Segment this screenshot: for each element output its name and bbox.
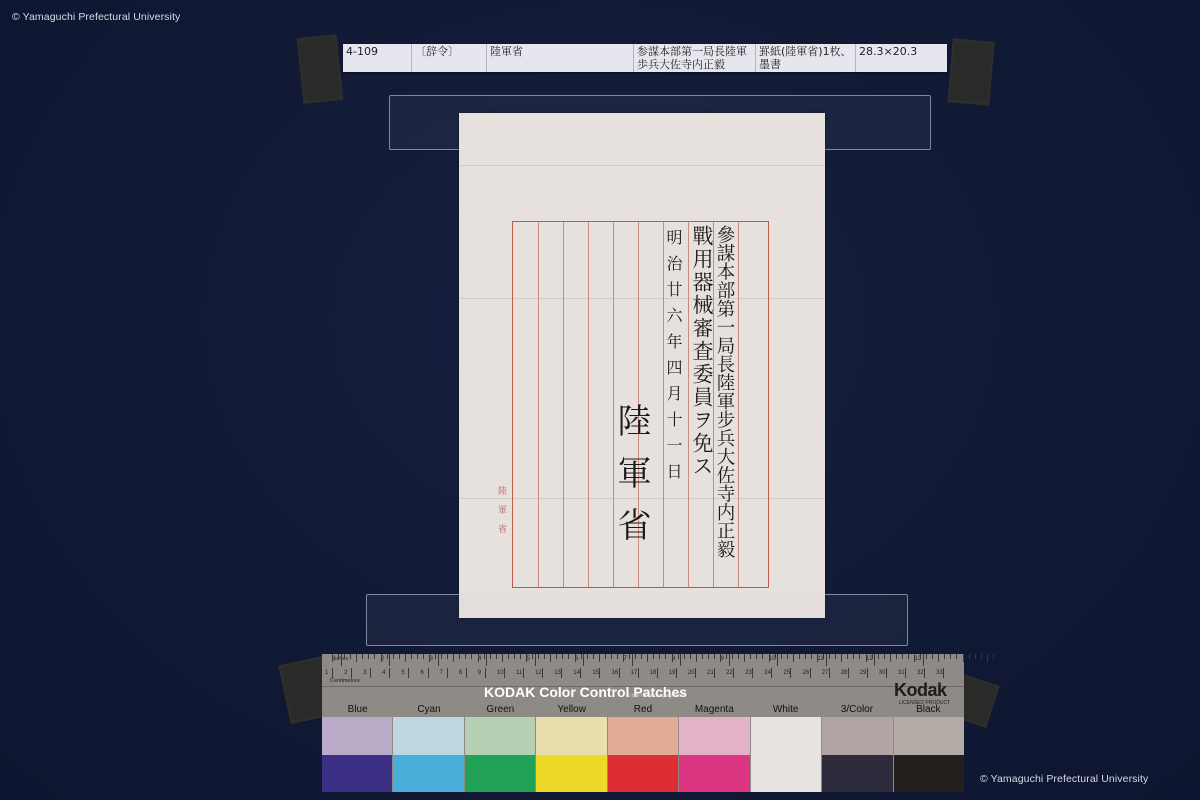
- ruler-tick: [810, 668, 811, 678]
- ruler-tick: [905, 668, 906, 678]
- ruler-tick: [520, 654, 521, 659]
- ruler-tick: [538, 654, 539, 659]
- ruler-inch-number: 9: [721, 656, 724, 662]
- ruler-tick: [429, 654, 430, 662]
- ruler-inch-number: 1: [333, 656, 336, 662]
- ruler-tick: [684, 654, 685, 659]
- ruler-tick: [581, 654, 582, 659]
- ruler-tick: [338, 654, 339, 659]
- ruler-tick: [562, 654, 563, 659]
- ruler-tick: [665, 654, 666, 659]
- ruler-tick: [356, 654, 357, 662]
- ruler-tick: [790, 668, 791, 678]
- ruler-tick: [720, 654, 721, 662]
- ruler-cm-number: 24: [764, 670, 771, 676]
- ruler-tick: [676, 668, 677, 678]
- ruler-tick: [878, 654, 879, 659]
- patch-magenta: [679, 717, 750, 792]
- ruler-tick: [411, 654, 412, 659]
- ruler-cm-number: 17: [631, 670, 638, 676]
- ruler-inch-number: 8: [672, 656, 675, 662]
- ruler-tick: [969, 654, 970, 659]
- ruler-inch-number: 5: [527, 656, 530, 662]
- patch-label-magenta: Magenta: [679, 704, 750, 716]
- ruler-cm-number: 29: [860, 670, 867, 676]
- ruler-tick: [657, 668, 658, 678]
- ruler-tick: [393, 654, 394, 659]
- ruler-tick: [484, 654, 485, 659]
- ruler-tick: [702, 654, 703, 659]
- tape-top-right: [947, 38, 994, 105]
- ruler-tick: [370, 668, 371, 678]
- ruler-tick: [453, 654, 454, 662]
- ruler-tick: [695, 668, 696, 678]
- ruler-tick: [496, 654, 497, 659]
- ruler-tick: [508, 654, 509, 659]
- ruler-tick: [550, 654, 551, 662]
- ruler-tick: [829, 668, 830, 678]
- ruler-tick: [963, 654, 964, 662]
- ruler-tick: [817, 654, 818, 662]
- ruler-tick: [635, 654, 636, 659]
- ruler-tick: [504, 668, 505, 678]
- ruler-tick: [332, 654, 333, 662]
- kodak-color-chart: Inches Centimetres 123456789101112131234…: [322, 654, 964, 792]
- ruler-tick: [647, 654, 648, 662]
- ruler-inch-number: 2: [381, 656, 384, 662]
- ruler-cm-number: 15: [592, 670, 599, 676]
- ruler-tick: [920, 654, 921, 659]
- ruler-tick: [583, 654, 584, 666]
- patch-label-yellow: Yellow: [536, 704, 607, 716]
- ruler-tick: [417, 654, 418, 659]
- ruler-tick: [902, 654, 903, 659]
- ruler-tick: [435, 654, 436, 659]
- ruler-tick: [886, 668, 887, 678]
- ruler-tick: [938, 654, 939, 662]
- ruler-tick: [629, 654, 630, 659]
- ruler-cm-number: 22: [726, 670, 733, 676]
- ruler-tick: [708, 654, 709, 659]
- rule-line: [738, 222, 739, 587]
- ruler-tick: [926, 654, 927, 659]
- ruler-tick: [617, 654, 618, 659]
- ruler-tick: [471, 654, 472, 659]
- ruler-tick: [580, 668, 581, 678]
- ruler-tick: [987, 654, 988, 662]
- ruler-tick: [374, 654, 375, 659]
- ruler-tick: [535, 654, 536, 666]
- ruler-tick: [544, 654, 545, 659]
- ruler-tick: [459, 654, 460, 659]
- ruler-tick: [769, 654, 770, 662]
- ruler-tick: [738, 654, 739, 659]
- catalog-cell: 4-109: [343, 44, 412, 72]
- ruler-tick: [405, 654, 406, 662]
- ruler-tick: [799, 654, 800, 659]
- ruler-tick: [771, 668, 772, 678]
- ruler-tick: [399, 654, 400, 659]
- patch-white: [751, 717, 822, 792]
- ruler-tick: [542, 668, 543, 678]
- ruler-cm-number: 7: [440, 670, 443, 676]
- color-patches: [322, 717, 964, 792]
- ruler-tick: [853, 654, 854, 659]
- ruler-cm-number: 3: [363, 670, 366, 676]
- patch-black: [894, 717, 964, 792]
- ruler-tick: [575, 654, 576, 662]
- ruler-tick: [866, 654, 867, 662]
- ruler-tick: [793, 654, 794, 662]
- ruler-tick: [733, 668, 734, 678]
- ruler-tick: [823, 654, 824, 659]
- patch-3color: [822, 717, 893, 792]
- ruler-tick: [943, 668, 944, 678]
- ruler-tick: [829, 654, 830, 659]
- ruler-tick: [944, 654, 945, 659]
- ruler-tick: [859, 654, 860, 659]
- patch-cyan: [393, 717, 464, 792]
- ruler-tick: [847, 654, 848, 659]
- patch-blue: [322, 717, 393, 792]
- ruler-cm-number: 9: [478, 670, 481, 676]
- ruler-cm-number: 21: [707, 670, 714, 676]
- patch-label-red: Red: [607, 704, 678, 716]
- fold-line: [459, 165, 825, 166]
- ruler-tick: [914, 654, 915, 662]
- ruler-tick: [653, 654, 654, 659]
- ruler-tick: [956, 654, 957, 659]
- ruler-tick: [924, 668, 925, 678]
- ruler-tick: [532, 654, 533, 659]
- ruler-cm-number: 13: [554, 670, 561, 676]
- ruler-tick: [826, 654, 827, 666]
- ruler-tick: [486, 654, 487, 666]
- ruler-tick: [593, 654, 594, 659]
- ruler-tick: [561, 668, 562, 678]
- ruler-tick: [441, 654, 442, 659]
- ruler-tick: [835, 654, 836, 659]
- ruler-tick: [514, 654, 515, 659]
- ruler-cm-number: 19: [669, 670, 676, 676]
- document-date: 明治廿六年四月十一日: [662, 229, 685, 489]
- ruler-cm-number: 14: [573, 670, 580, 676]
- ruler-inch-number: 7: [624, 656, 627, 662]
- ruler-tick: [744, 654, 745, 662]
- ruler-cm-label: Centimetres: [330, 678, 360, 684]
- ruler-cm-number: 4: [382, 670, 385, 676]
- ruler-tick: [732, 654, 733, 659]
- ruler-tick: [848, 668, 849, 678]
- ruler-tick: [632, 654, 633, 666]
- ruler-tick: [841, 654, 842, 662]
- tape-top-left: [297, 34, 344, 104]
- ruler-tick: [485, 668, 486, 678]
- ruler-cm-number: 11: [516, 670, 522, 676]
- ruler-tick: [777, 654, 778, 666]
- rule-line: [563, 222, 564, 587]
- ruler-tick: [896, 654, 897, 659]
- ruler-cm-number: 25: [783, 670, 790, 676]
- ruler-cm-number: 18: [650, 670, 657, 676]
- ruler-tick: [923, 654, 924, 666]
- ruler-tick: [490, 654, 491, 659]
- ruler-tick: [447, 668, 448, 678]
- catalog-cell: 罫紙(陸軍省)1枚、 墨書: [756, 44, 856, 72]
- patch-labels: Blue Cyan Green Yellow Red Magenta White…: [322, 704, 964, 716]
- ruler-tick: [465, 654, 466, 659]
- ruler-tick: [381, 654, 382, 662]
- ruler-tick: [341, 654, 342, 666]
- ruler-tick: [438, 654, 439, 666]
- ruler-tick: [611, 654, 612, 659]
- ruler-cm-number: 8: [459, 670, 462, 676]
- ruler-tick: [729, 654, 730, 666]
- patch-red: [608, 717, 679, 792]
- ruler-tick: [867, 668, 868, 678]
- ruler-tick: [908, 654, 909, 659]
- document-line-2: 戰用器械審査委員ヲ免ス: [687, 225, 717, 478]
- ruler-cm-number: 1: [325, 670, 328, 676]
- ruler-tick: [526, 654, 527, 662]
- copyright-top-left: © Yamaguchi Prefectural University: [12, 11, 180, 23]
- ruler-tick: [884, 654, 885, 659]
- ruler-tick: [872, 654, 873, 659]
- ruler-tick: [428, 668, 429, 678]
- ruler-tick: [641, 654, 642, 659]
- ruler-tick: [932, 654, 933, 659]
- ruler-cm-number: 16: [612, 670, 619, 676]
- ruler-tick: [362, 654, 363, 659]
- ruler-tick: [811, 654, 812, 659]
- ruler-tick: [659, 654, 660, 659]
- kodak-logo: Kodak: [894, 680, 947, 701]
- catalog-label: 4-109〔辞令〕陸軍省参謀本部第一局長陸軍 歩兵大佐寺内正毅罫紙(陸軍省)1枚…: [343, 44, 947, 72]
- ruler-tick: [423, 654, 424, 659]
- patch-label-white: White: [750, 704, 821, 716]
- ruler-tick: [756, 654, 757, 659]
- ruler-cm-number: 28: [841, 670, 848, 676]
- patch-label-green: Green: [465, 704, 536, 716]
- patch-label-black: Black: [893, 704, 964, 716]
- ruler-tick: [556, 654, 557, 659]
- publisher-stamp: 陸軍省: [495, 486, 508, 543]
- ruler-tick: [726, 654, 727, 659]
- ruler-tick: [781, 654, 782, 659]
- ruler-tick: [447, 654, 448, 659]
- patch-yellow: [536, 717, 607, 792]
- ruler-tick: [680, 654, 681, 666]
- patch-label-cyan: Cyan: [393, 704, 464, 716]
- kodak-copyright: © The Tiffen Company, 2000: [627, 693, 684, 698]
- ruler-tick: [890, 654, 891, 662]
- catalog-cell: 28.3×20.3: [856, 44, 932, 72]
- ruler-tick: [696, 654, 697, 662]
- ruler-tick: [638, 668, 639, 678]
- ruler-tick: [523, 668, 524, 678]
- ruler-tick: [387, 654, 388, 659]
- ruler-tick: [605, 654, 606, 659]
- ruler-tick: [623, 654, 624, 662]
- ruler-cm-number: 27: [822, 670, 829, 676]
- catalog-cell: 参謀本部第一局長陸軍 歩兵大佐寺内正毅: [634, 44, 756, 72]
- ruler-cm-number: 6: [421, 670, 424, 676]
- ruler-cm-number: 33: [936, 670, 943, 676]
- ruler-cm-number: 31: [898, 670, 905, 676]
- ruler-tick: [975, 654, 976, 659]
- ruler-tick: [950, 654, 951, 659]
- ruler-cm-number: 5: [401, 670, 404, 676]
- ruler-cm-number: 23: [745, 670, 752, 676]
- ruler-cm-number: 10: [497, 670, 504, 676]
- ruler-inch-number: 6: [575, 656, 578, 662]
- ruler-tick: [714, 668, 715, 678]
- ruler-tick: [332, 668, 333, 678]
- catalog-cell: 〔辞令〕: [412, 44, 487, 72]
- ruler-tick: [389, 654, 390, 666]
- ruler-tick: [690, 654, 691, 659]
- patch-green: [465, 717, 536, 792]
- ruler-tick: [787, 654, 788, 659]
- ruler-tick: [478, 654, 479, 662]
- ruler-tick: [389, 668, 390, 678]
- copyright-bottom-right: © Yamaguchi Prefectural University: [980, 773, 1148, 785]
- ruler-tick: [752, 668, 753, 678]
- ruler-tick: [762, 654, 763, 659]
- ruler-tick: [874, 654, 875, 666]
- ruler-tick: [351, 668, 352, 678]
- ruler-cm-number: 32: [917, 670, 924, 676]
- ruler-cm-number: 12: [535, 670, 542, 676]
- ruler-tick: [619, 668, 620, 678]
- ruler-tick: [466, 668, 467, 678]
- ruler-tick: [568, 654, 569, 659]
- rule-line: [538, 222, 539, 587]
- ruler-cm-number: 26: [803, 670, 810, 676]
- ruler-tick: [502, 654, 503, 662]
- patch-label-3color: 3/Color: [821, 704, 892, 716]
- catalog-cell: 陸軍省: [487, 44, 634, 72]
- ruler-cm-number: 20: [688, 670, 695, 676]
- ruler-tick: [344, 654, 345, 659]
- ruler-cm-number: 30: [879, 670, 886, 676]
- ruler-tick: [350, 654, 351, 659]
- ruler-tick: [993, 654, 994, 659]
- ruler-tick: [368, 654, 369, 659]
- ruler-inch-number: 3: [430, 656, 433, 662]
- acrylic-bar-bottom: [366, 594, 908, 646]
- ruler-tick: [750, 654, 751, 659]
- rule-line: [588, 222, 589, 587]
- ruler-tick: [599, 668, 600, 678]
- document-issuer: 陸軍省: [607, 403, 656, 559]
- ruler-tick: [599, 654, 600, 662]
- ruler-tick: [981, 654, 982, 659]
- ruler-inch-number: 4: [478, 656, 481, 662]
- ruler-tick: [775, 654, 776, 659]
- ruler-tick: [587, 654, 588, 659]
- document-paper: 陸軍省 參謀本部第一局長陸軍步兵大佐寺内正毅 戰用器械審査委員ヲ免ス 明治廿六年…: [459, 113, 825, 618]
- patch-label-blue: Blue: [322, 704, 393, 716]
- ruler-tick: [678, 654, 679, 659]
- ruler-tick: [714, 654, 715, 659]
- ruler-tick: [672, 654, 673, 662]
- ruler-tick: [408, 668, 409, 678]
- ruler-tick: [805, 654, 806, 659]
- ruler: Inches Centimetres 123456789101112131234…: [322, 654, 964, 687]
- ruler-cm-number: 2: [344, 670, 347, 676]
